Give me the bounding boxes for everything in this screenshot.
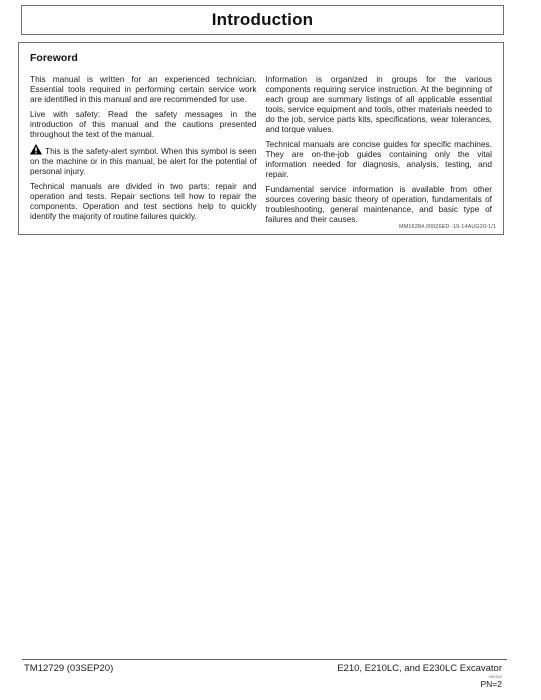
footer-right-block: E210, E210LC, and E230LC Excavator 09032… (337, 663, 502, 689)
foreword-section: Foreword This manual is written for an e… (18, 42, 504, 235)
paragraph: Fundamental service information is avail… (266, 184, 493, 224)
paragraph: Live with safety: Read the safety messag… (30, 109, 257, 139)
safety-paragraph: This is the safety-alert symbol. When th… (30, 144, 257, 176)
safety-alert-icon (30, 144, 42, 155)
paragraph: This manual is written for an experience… (30, 74, 257, 104)
right-column: Information is organized in groups for t… (266, 74, 493, 229)
page-title-box: Introduction (21, 5, 504, 35)
footer-model-line: E210, E210LC, and E230LC Excavator (337, 663, 502, 674)
paragraph: Information is organized in groups for t… (266, 74, 493, 134)
footer-page-number: PN=2 (337, 679, 502, 689)
reference-code: MM16284,00026ED -19-14AUG20-1/1 (399, 224, 496, 230)
foreword-heading: Foreword (30, 52, 503, 64)
footer-divider (22, 659, 507, 660)
paragraph: Technical manuals are divided in two par… (30, 181, 257, 221)
paragraph: Technical manuals are concise guides for… (266, 139, 493, 179)
manual-page: Introduction Foreword This manual is wri… (0, 0, 541, 700)
paragraph: This is the safety-alert symbol. When th… (30, 146, 257, 176)
page-title: Introduction (212, 10, 314, 30)
left-column: This manual is written for an experience… (30, 74, 257, 229)
footer-doc-number: TM12729 (03SEP20) (24, 663, 113, 674)
foreword-columns: This manual is written for an experience… (19, 74, 503, 229)
